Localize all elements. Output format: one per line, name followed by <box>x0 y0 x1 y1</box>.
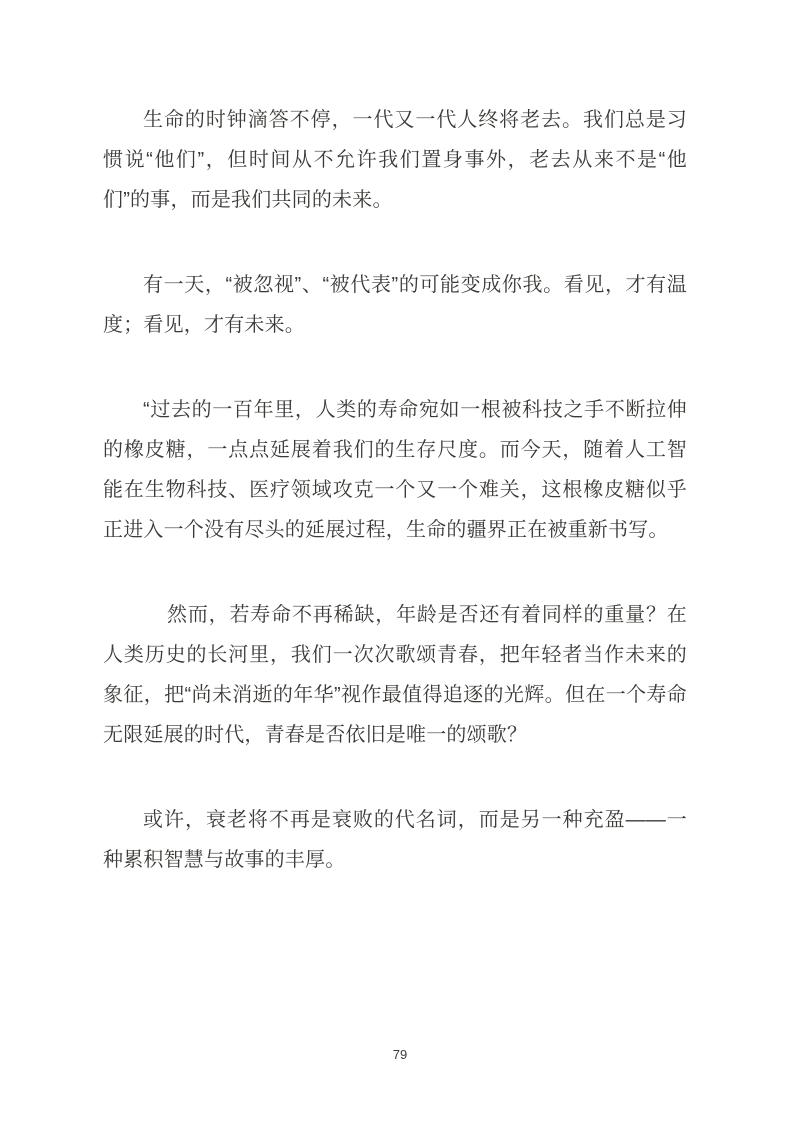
page-body-text: 生命的时钟滴答不停，一代又一代人终将老去。我们总是习惯说“他们”，但时间从不允许… <box>103 100 687 925</box>
body-paragraph-1: 生命的时钟滴答不停，一代又一代人终将老去。我们总是习惯说“他们”，但时间从不允许… <box>103 100 687 220</box>
body-paragraph-3: “过去的一百年里，人类的寿命宛如一根被科技之手不断拉伸的橡皮糖，一点点延展着我们… <box>103 390 687 550</box>
body-paragraph-4: 然而，若寿命不再稀缺，年龄是否还有着同样的重量？在人类历史的长河里，我们一次次歌… <box>103 595 687 755</box>
body-paragraph-5: 或许，衰老将不再是衰败的代名词，而是另一种充盈——一种累积智慧与故事的丰厚。 <box>103 800 687 880</box>
body-paragraph-2: 有一天，“被忽视”、“被代表”的可能变成你我。看见，才有温度；看见，才有未来。 <box>103 265 687 345</box>
document-page: 生命的时钟滴答不停，一代又一代人终将老去。我们总是习惯说“他们”，但时间从不允许… <box>0 0 800 1131</box>
page-number: 79 <box>0 1046 800 1064</box>
